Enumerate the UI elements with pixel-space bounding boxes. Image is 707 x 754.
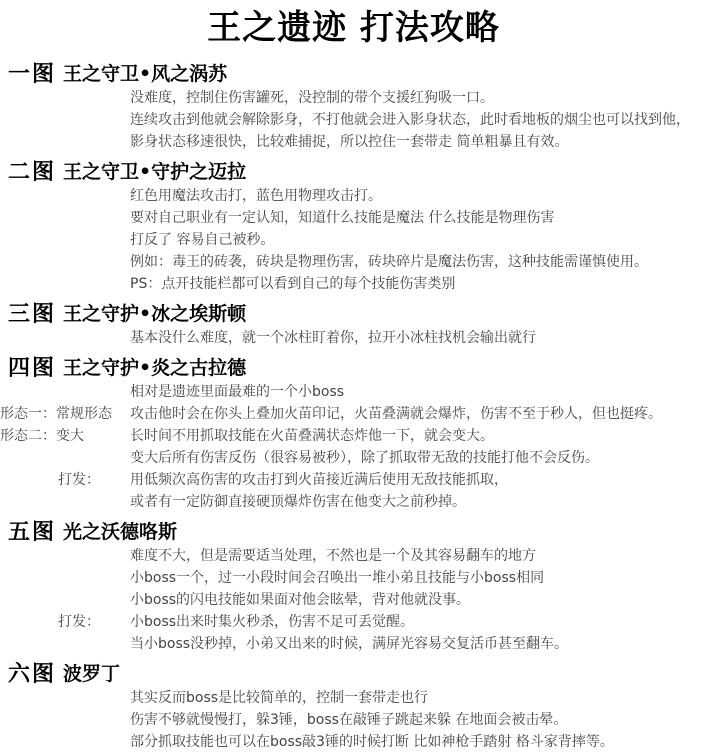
section-6-body: 其实反而boss是比较简单的，控制一套带走也行 伤害不够就慢慢打，躲3锤，bos… [0,687,707,753]
section-number: 一图 [8,57,63,88]
section-3-header: 三图 王之守护•冰之埃斯顿 [0,300,707,324]
section-5: 五图 光之沃德咯斯 难度不大，但是需要适当处理，不然也是一个及其容易翻车的地方 … [0,518,707,655]
text-line: 影身状态移速很快，比较难捕捉，所以控住一套带走 简单粗暴且有效。 [0,131,707,153]
section-6: 六图 波罗丁 其实反而boss是比较简单的，控制一套带走也行 伤害不够就慢慢打，… [0,660,707,753]
text-line: 部分抓取技能也可以在boss敲3锤的时候打断 比如神枪手踏射 格斗家背摔等。 [0,731,707,753]
text-line: 相对是遗迹里面最难的一个小boss [0,381,707,403]
line-text: 攻击他时会在你头上叠加火苗印记，火苗叠满就会爆炸，伤害不至于秒人，但也挺疼。 [130,403,707,425]
line-label: 形态二：变大 [0,425,130,447]
section-5-body: 难度不大，但是需要适当处理，不然也是一个及其容易翻车的地方 小boss一个，过一… [0,545,707,655]
text-line: 小boss的闪电技能如果面对他会眩晕，背对他就没事。 [0,589,707,611]
section-title: 王之守卫•守护之迈拉 [63,157,246,184]
section-4-header: 四图 王之守护•炎之古拉德 [0,354,707,378]
section-number: 三图 [8,297,63,328]
labeled-text-line: 形态二：变大 长时间不用抓取技能在火苗叠满状态炸他一下，就会变大。 [0,425,707,447]
section-1: 一图 王之守卫•风之涡苏 没难度，控制住伤害罐死，没控制的带个支援红狗吸一口。 … [0,60,707,153]
labeled-text-line: 形态一：常规形态 攻击他时会在你头上叠加火苗印记，火苗叠满就会爆炸，伤害不至于秒… [0,403,707,425]
section-title: 王之守卫•风之涡苏 [63,59,227,86]
labeled-text-line: 打发： 用低频次高伤害的攻击打到火苗接近满后使用无敌技能抓取， [0,469,707,491]
page-title: 王之遗迹 打法攻略 [0,0,707,48]
section-1-body: 没难度，控制住伤害罐死，没控制的带个支援红狗吸一口。 连续攻击到他就会解除影身，… [0,87,707,153]
text-line: 打反了 容易自己被秒。 [0,229,707,251]
text-line: 没难度，控制住伤害罐死，没控制的带个支援红狗吸一口。 [0,87,707,109]
section-2-header: 二图 王之守卫•守护之迈拉 [0,158,707,182]
section-4: 四图 王之守护•炎之古拉德 相对是遗迹里面最难的一个小boss 形态一：常规形态… [0,354,707,513]
section-5-header: 五图 光之沃德咯斯 [0,518,707,542]
text-line: 要对自己职业有一定认知，知道什么技能是魔法 什么技能是物理伤害 [0,207,707,229]
text-line: 或者有一定防御直接硬顶爆炸伤害在他变大之前秒掉。 [0,491,707,513]
section-number: 五图 [8,515,63,546]
guide-document: 王之遗迹 打法攻略 一图 王之守卫•风之涡苏 没难度，控制住伤害罐死，没控制的带… [0,0,707,754]
labeled-text-line: 打发： 小boss出来时集火秒杀，伤害不足可丢觉醒。 [0,611,707,633]
text-line: 红色用魔法攻击打，蓝色用物理攻击打。 [0,185,707,207]
line-label: 形态一：常规形态 [0,403,130,425]
text-line: 小boss一个，过一小段时间会召唤出一堆小弟且技能与小boss相同 [0,567,707,589]
text-line: 当小boss没秒掉，小弟又出来的时候，满屏光容易交复活币甚至翻车。 [0,633,707,655]
section-3: 三图 王之守护•冰之埃斯顿 基本没什么难度，就一个冰柱盯着你，拉开小冰柱找机会输… [0,300,707,349]
section-1-header: 一图 王之守卫•风之涡苏 [0,60,707,84]
text-line: 基本没什么难度，就一个冰柱盯着你，拉开小冰柱找机会输出就行 [0,327,707,349]
section-title: 王之守护•炎之古拉德 [63,353,246,380]
line-label: 打发： [0,611,130,633]
text-line: 其实反而boss是比较简单的，控制一套带走也行 [0,687,707,709]
text-line: 难度不大，但是需要适当处理，不然也是一个及其容易翻车的地方 [0,545,707,567]
section-title: 光之沃德咯斯 [63,517,177,544]
line-text: 用低频次高伤害的攻击打到火苗接近满后使用无敌技能抓取， [130,469,707,491]
section-2: 二图 王之守卫•守护之迈拉 红色用魔法攻击打，蓝色用物理攻击打。 要对自己职业有… [0,158,707,295]
section-3-body: 基本没什么难度，就一个冰柱盯着你，拉开小冰柱找机会输出就行 [0,327,707,349]
text-line: PS：点开技能栏都可以看到自己的每个技能伤害类别 [0,273,707,295]
section-6-header: 六图 波罗丁 [0,660,707,684]
text-line: 变大后所有伤害反伤（很容易被秒），除了抓取带无敌的技能打他不会反伤。 [0,447,707,469]
section-number: 四图 [8,351,63,382]
section-number: 六图 [8,657,63,688]
line-text: 长时间不用抓取技能在火苗叠满状态炸他一下，就会变大。 [130,425,707,447]
line-text: 小boss出来时集火秒杀，伤害不足可丢觉醒。 [130,611,707,633]
text-line: 连续攻击到他就会解除影身，不打他就会进入影身状态，此时看地板的烟尘也可以找到他， [0,109,707,131]
section-title: 王之守护•冰之埃斯顿 [63,299,246,326]
section-4-body: 相对是遗迹里面最难的一个小boss 形态一：常规形态 攻击他时会在你头上叠加火苗… [0,381,707,513]
section-number: 二图 [8,155,63,186]
section-title: 波罗丁 [63,659,120,686]
text-line: 伤害不够就慢慢打，躲3锤，boss在敲锤子跳起来躲 在地面会被击晕。 [0,709,707,731]
text-line: 例如：毒王的砖袭，砖块是物理伤害，砖块碎片是魔法伤害，这种技能需谨慎使用。 [0,251,707,273]
line-label: 打发： [0,469,130,491]
section-2-body: 红色用魔法攻击打，蓝色用物理攻击打。 要对自己职业有一定认知，知道什么技能是魔法… [0,185,707,295]
